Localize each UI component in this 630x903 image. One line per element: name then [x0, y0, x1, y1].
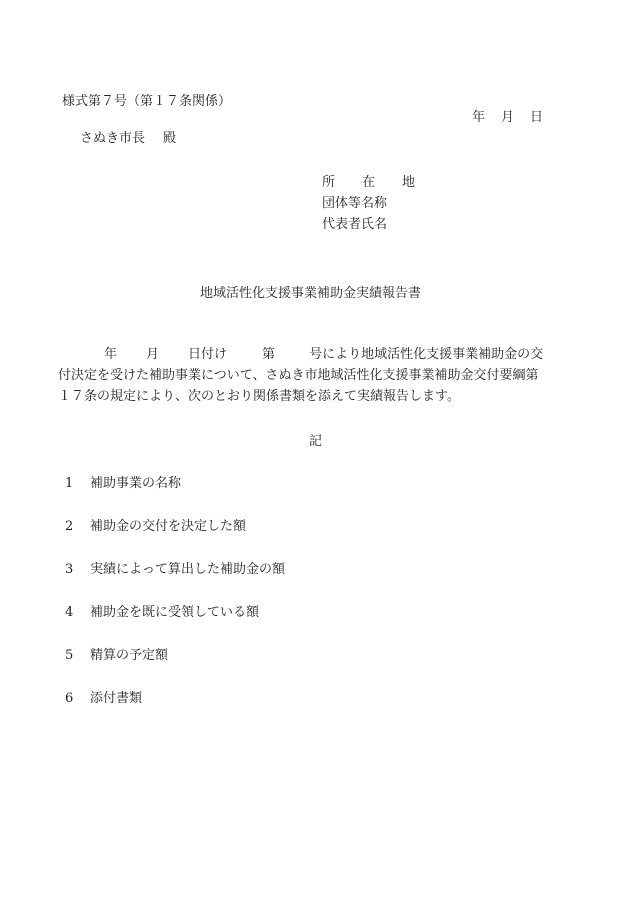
body-line-1: 年月日付け第号により地域活性化支援事業補助金の交: [58, 346, 543, 364]
ki-marker: 記: [309, 433, 322, 451]
body-line-1-rest: 号により地域活性化支援事業補助金の交: [309, 347, 543, 362]
date-year: 年: [472, 110, 485, 125]
org-name-label: 団体等名称: [322, 195, 387, 213]
list-item: 2補助金の交付を決定した額: [65, 518, 246, 536]
list-item: 1補助事業の名称: [65, 475, 181, 493]
addressee-name: さぬき市長: [80, 131, 145, 146]
body-month: 月: [146, 347, 159, 362]
list-item: 3実績によって算出した補助金の額: [65, 561, 285, 579]
representative-label: 代表者氏名: [322, 216, 387, 234]
date-day: 日: [530, 110, 543, 125]
form-number: 様式第７号（第１７条関係）: [62, 93, 231, 111]
addressee-honorific: 殿: [163, 131, 176, 146]
body-line-2: 付決定を受けた補助事業について、さぬき市地域活性化支援事業補助金交付要綱第: [58, 367, 538, 385]
list-item: 4補助金を既に受領している額: [65, 604, 259, 622]
list-item: 6添付書類: [65, 690, 142, 708]
body-number-prefix: 第: [262, 347, 275, 362]
address-label: 所 在 地: [322, 174, 422, 192]
body-year: 年: [104, 347, 117, 362]
body-date-suffix: 日付け: [188, 347, 227, 362]
date-line: 年月日: [472, 109, 559, 127]
list-item: 5精算の予定額: [65, 647, 168, 665]
document-title: 地域活性化支援事業補助金実績報告書: [200, 285, 421, 303]
addressee: さぬき市長殿: [80, 130, 176, 148]
date-month: 月: [501, 110, 514, 125]
body-line-3: １７条の規定により、次のとおり関係書類を添えて実績報告します。: [58, 388, 460, 406]
